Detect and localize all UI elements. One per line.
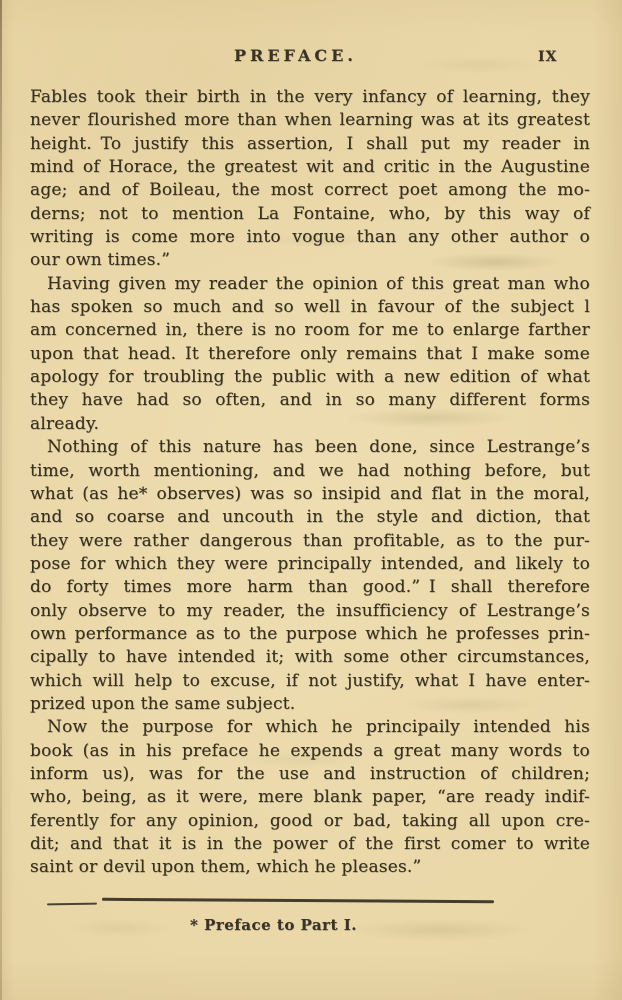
page-edge-shadow <box>0 0 2 1000</box>
text-line: Having given my reader the opinion of th… <box>30 273 590 296</box>
text-line: they were rather dangerous than profitab… <box>30 530 590 553</box>
text-line: apology for troubling the public with a … <box>30 366 590 389</box>
text-line: inform us), was for the use and instruct… <box>30 763 590 786</box>
text-line: cipally to have intended it; with some o… <box>30 646 590 669</box>
text-line: mind of Horace, the greatest wit and cri… <box>30 156 590 179</box>
text-line: saint or devil upon them, which he pleas… <box>30 856 590 879</box>
page-number: IX <box>538 49 557 65</box>
text-line: Nothing of this nature has been done, si… <box>30 436 590 459</box>
text-line: and so coarse and uncouth in the style a… <box>30 506 590 529</box>
text-line: never flourished more than when learning… <box>30 109 590 132</box>
text-line: Fables took their birth in the very infa… <box>30 86 590 109</box>
text-line: time, worth mentioning, and we had nothi… <box>30 460 590 483</box>
text-line: do forty times more harm than good.” I s… <box>30 576 590 599</box>
text-line: pose for which they were principally int… <box>30 553 590 576</box>
text-line: what (as he* observes) was so insipid an… <box>30 483 590 506</box>
footnote-divider-left-segment <box>47 903 97 906</box>
text-line: prized upon the same subject. <box>30 693 590 716</box>
text-line: age; and of Boileau, the most correct po… <box>30 179 590 202</box>
text-line: upon that head. It therefore only remain… <box>30 343 590 366</box>
text-line: which will help to excuse, if not justif… <box>30 670 590 693</box>
preface-text: Fables took their birth in the very infa… <box>30 86 590 880</box>
page-title: PREFACE. <box>234 46 357 65</box>
text-line: our own times.” <box>30 249 590 272</box>
text-line: they have had so often, and in so many d… <box>30 389 590 412</box>
footnote: * Preface to Part I. <box>0 916 547 934</box>
text-line: height. To justify this assertion, I sha… <box>30 133 590 156</box>
text-line: dit; and that it is in the power of the … <box>30 833 590 856</box>
text-line: only observe to my reader, the insuffici… <box>30 600 590 623</box>
text-line: writing is come more into vogue than any… <box>30 226 590 249</box>
text-line: has spoken so much and so well in favour… <box>30 296 590 319</box>
footnote-divider <box>102 898 494 903</box>
text-line: book (as in his preface he expends a gre… <box>30 740 590 763</box>
book-page: PREFACE. IX Fables took their birth in t… <box>0 0 622 1000</box>
text-line: ferently for any opinion, good or bad, t… <box>30 810 590 833</box>
text-line: Now the purpose for which he principaily… <box>30 716 590 739</box>
text-line: derns; not to mention La Fontaine, who, … <box>30 203 590 226</box>
text-line: who, being, as it were, mere blank paper… <box>30 786 590 809</box>
text-line: own performance as to the purpose which … <box>30 623 590 646</box>
text-line: already. <box>30 413 590 436</box>
text-line: am concerned in, there is no room for me… <box>30 319 590 342</box>
